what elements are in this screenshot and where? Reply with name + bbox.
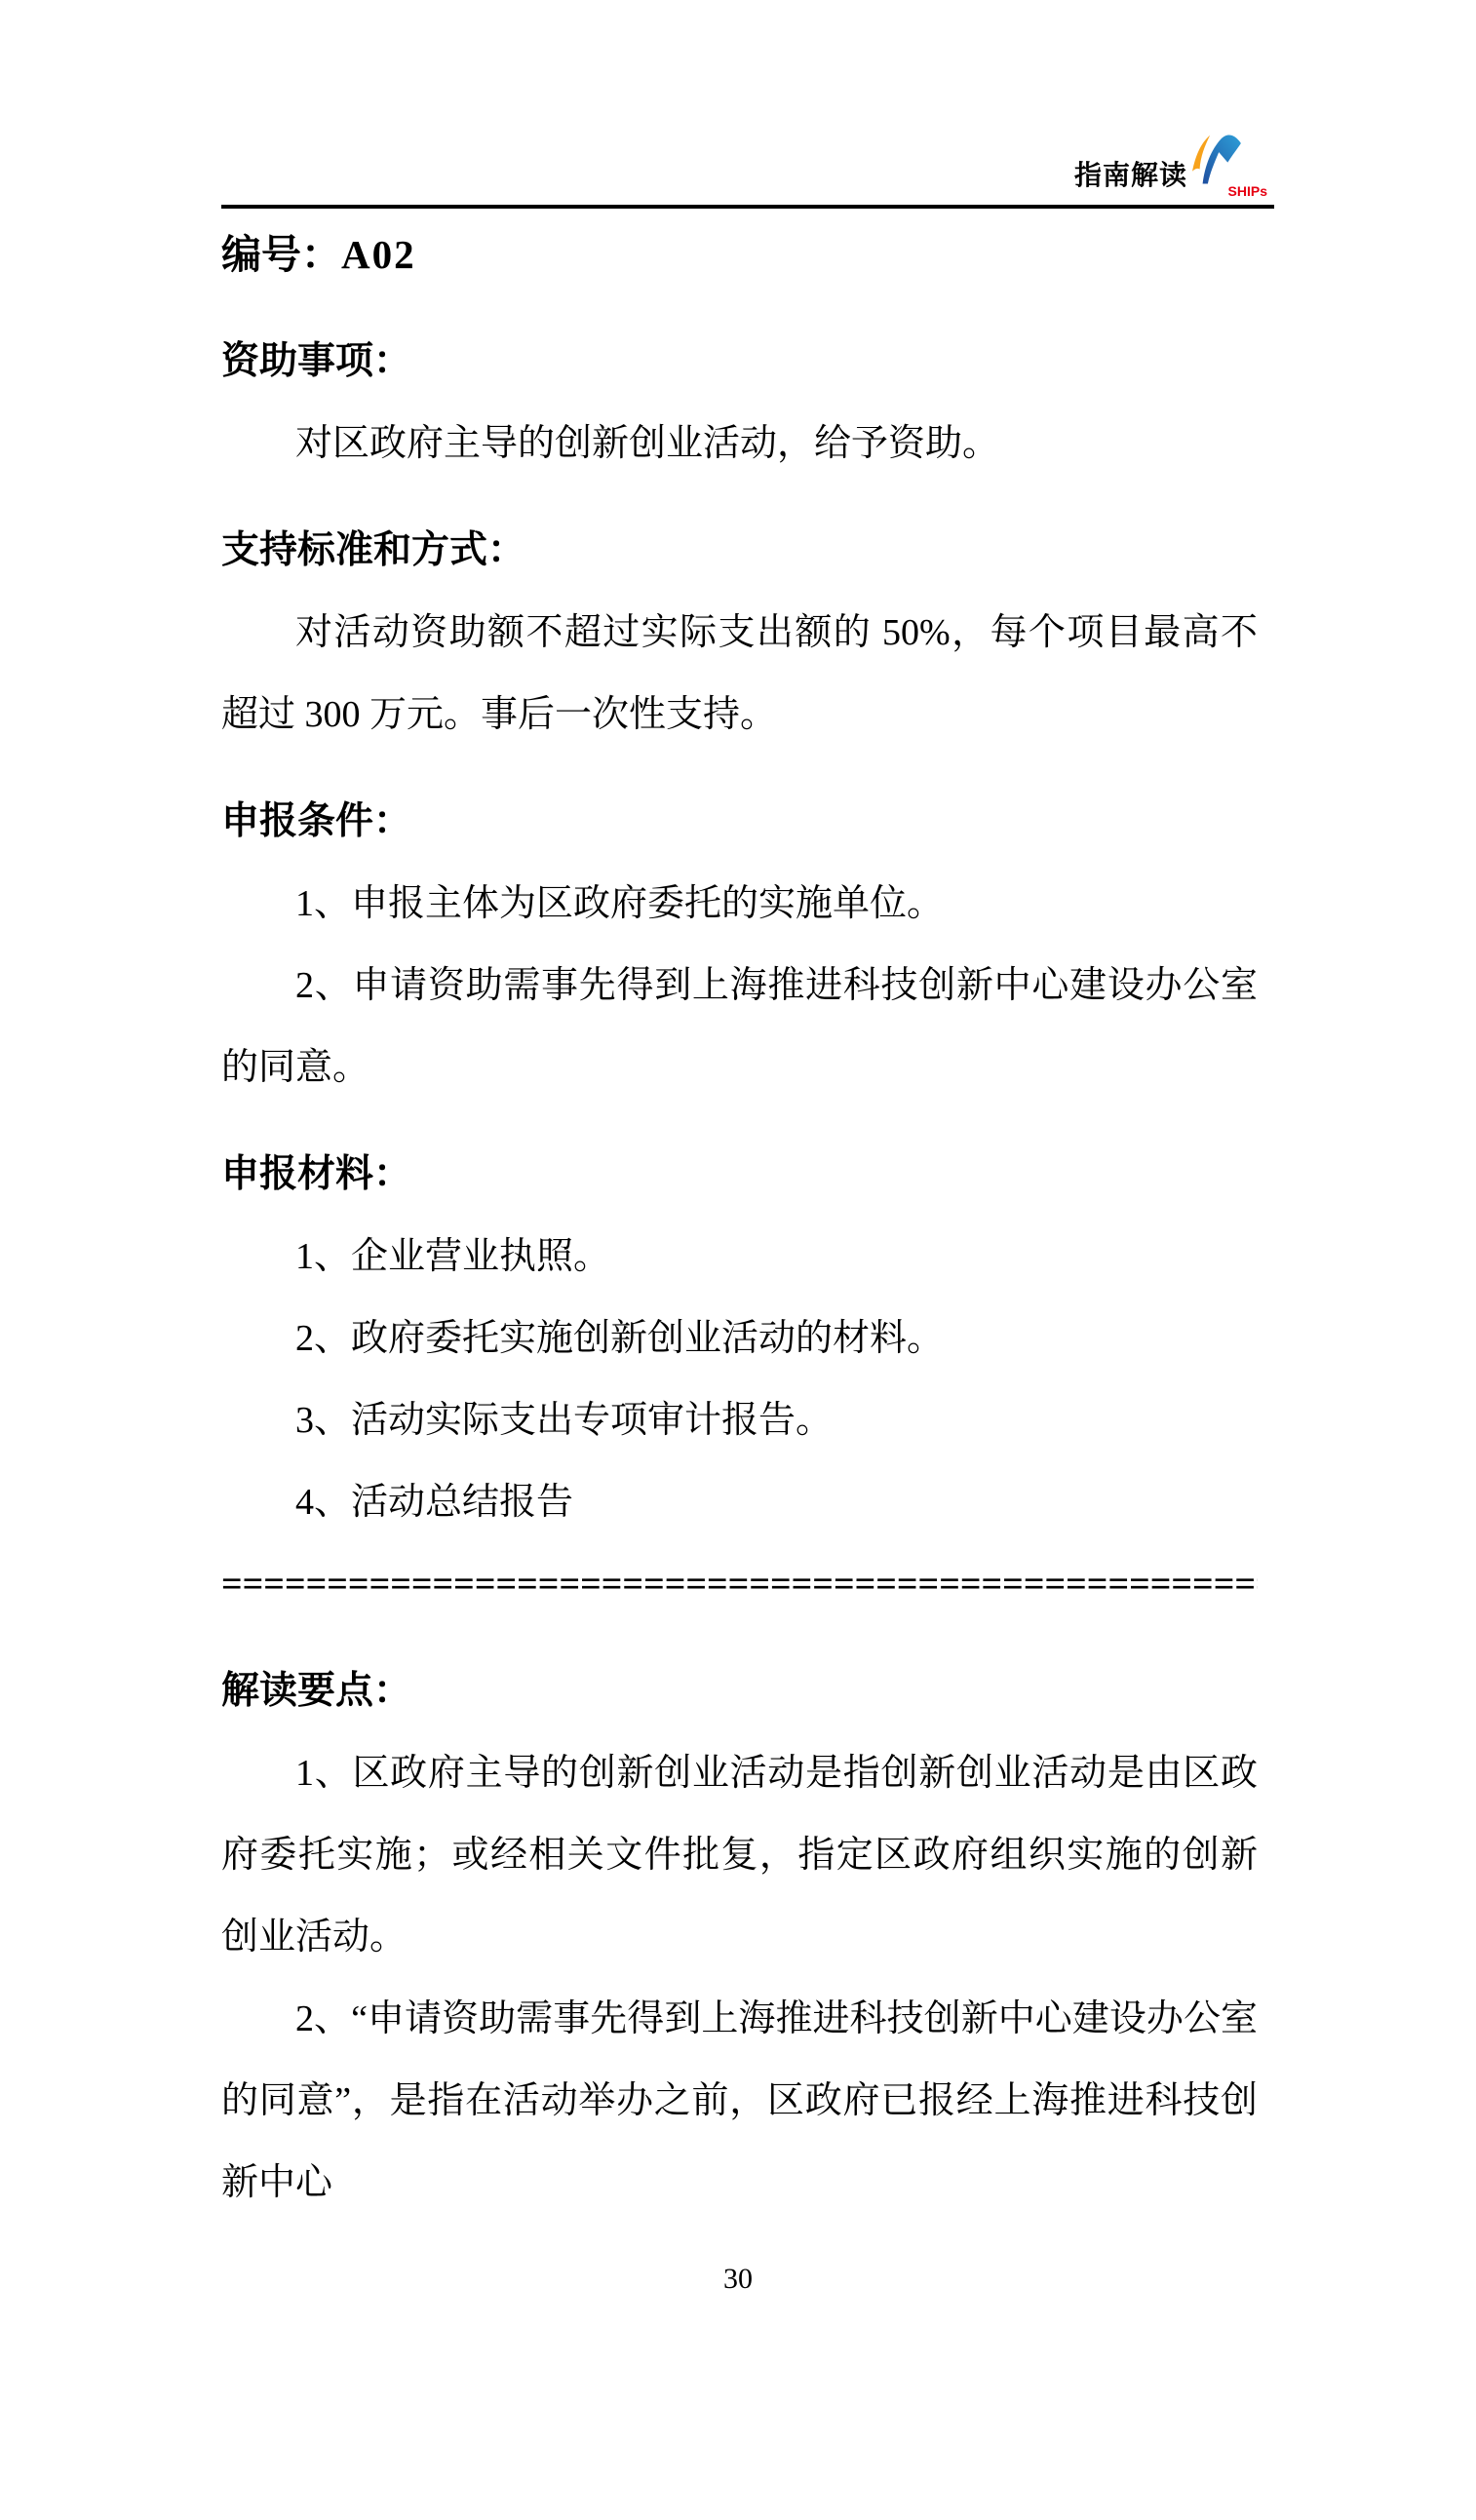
- section-heading-funding: 资助事项：: [221, 321, 1258, 403]
- logo-guide-text: 指南解读: [1074, 162, 1187, 199]
- doc-number-value: A02: [341, 232, 416, 277]
- list-item: 1、区政府主导的创新创业活动是指创新创业活动是由区政府委托实施；或经相关文件批复…: [221, 1732, 1258, 1978]
- list-item: 1、申报主体为区政府委托的实施单位。: [221, 863, 1258, 945]
- list-item: 4、活动总结报告: [221, 1461, 1258, 1543]
- section-separator: ========================================…: [221, 1543, 1258, 1625]
- funding-paragraph: 对区政府主导的创新创业活动，给予资助。: [221, 403, 1258, 485]
- swoosh-blue-shape: [1203, 136, 1241, 184]
- section-heading-interpretation: 解读要点：: [221, 1650, 1258, 1732]
- section-heading-materials: 申报材料：: [221, 1134, 1258, 1216]
- header-rule: [221, 205, 1274, 209]
- logo-ships-text: SHIPs: [1228, 184, 1267, 198]
- list-item: 2、政府委托实施创新创业活动的材料。: [221, 1298, 1258, 1379]
- page-number: 30: [0, 2262, 1476, 2297]
- document-page: 指南解读 SHIPs 编号：A02 资助事项： 对区政府主导的创新创业活动，给予…: [0, 0, 1476, 2520]
- doc-number-label: 编号：: [221, 232, 341, 277]
- list-item: 2、申请资助需事先得到上海推进科技创新中心建设办公室的同意。: [221, 945, 1258, 1108]
- support-paragraph: 对活动资助额不超过实际支出额的 50%，每个项目最高不超过 300 万元。事后一…: [221, 592, 1258, 756]
- document-body: 编号：A02 资助事项： 对区政府主导的创新创业活动，给予资助。 支持标准和方式…: [221, 213, 1258, 2224]
- list-item: 3、活动实际支出专项审计报告。: [221, 1379, 1258, 1461]
- section-heading-conditions: 申报条件：: [221, 781, 1258, 863]
- ships-logo-swoosh-icon: SHIPs: [1189, 121, 1256, 199]
- list-item: 1、企业营业执照。: [221, 1216, 1258, 1298]
- ships-logo: 指南解读 SHIPs: [1074, 121, 1256, 199]
- section-heading-support: 支持标准和方式：: [221, 510, 1258, 592]
- list-item: 2、“申请资助需事先得到上海推进科技创新中心建设办公室的同意”，是指在活动举办之…: [221, 1978, 1258, 2224]
- doc-number: 编号：A02: [221, 213, 1258, 295]
